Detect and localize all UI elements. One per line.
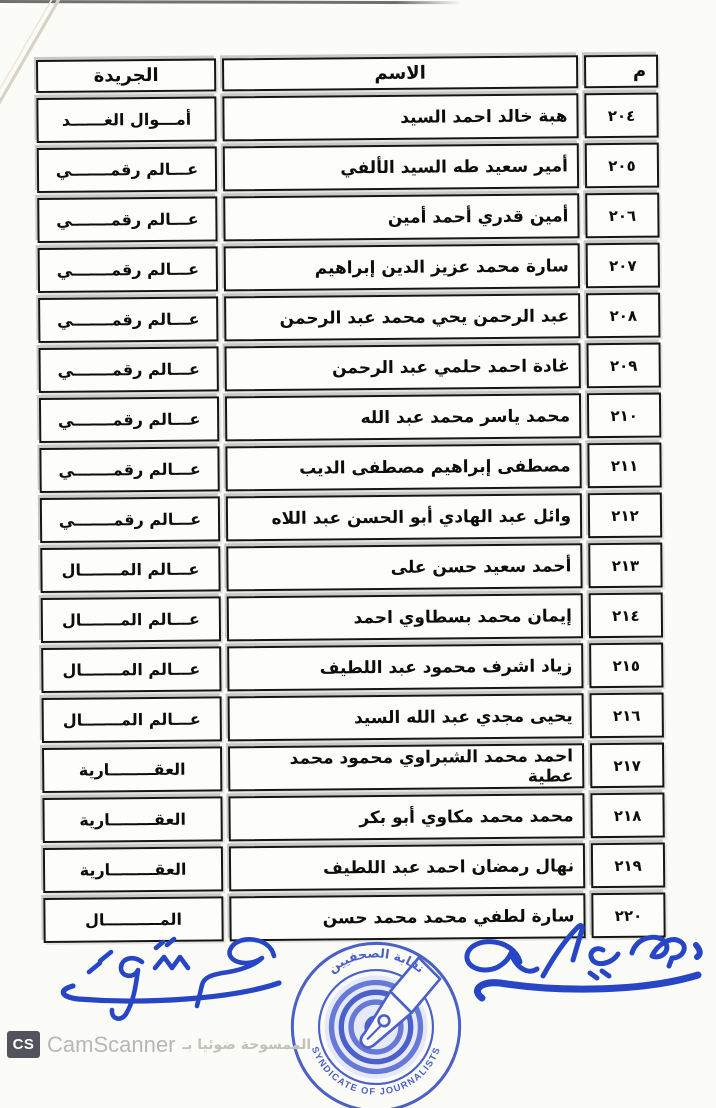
cell-name: غادة احمد حلمي عبد الرحمن	[225, 343, 581, 391]
scan-edge-line	[0, 0, 462, 4]
table-row: ٢٠٩ غادة احمد حلمي عبد الرحمن عـــالم رق…	[39, 343, 661, 393]
cell-name: أمين قدري أحمد أمين	[223, 193, 579, 241]
table-row: ٢١٢ وائل عبد الهادي أبو الحسن عبد اللاه …	[40, 493, 662, 543]
cell-number: ٢١٨	[590, 793, 664, 839]
table-row: ٢٠٦ أمين قدري أحمد أمين عـــالم رقمـــــ…	[37, 193, 659, 243]
cell-number: ٢١٠	[587, 393, 661, 439]
cell-number: ٢١٧	[590, 743, 664, 789]
cell-newspaper: عـــالم رقمـــــــي	[38, 246, 218, 293]
cell-name: محمد محمد مكاوي أبو بكر	[228, 793, 584, 841]
cell-number: ٢١٦	[590, 693, 664, 739]
cell-number: ٢٠٩	[586, 343, 660, 389]
cell-name: إيمان محمد بسطاوي احمد	[227, 593, 583, 641]
cell-newspaper: عـــالم رقمـــــــي	[37, 146, 217, 193]
cell-newspaper: المــــــــــال	[43, 896, 223, 943]
table-row: ٢١٩ نهال رمضان احمد عبد اللطيف العقـــــ…	[43, 843, 665, 893]
cell-number: ٢٠٥	[585, 143, 659, 189]
cell-name: زياد اشرف محمود عبد اللطيف	[227, 643, 583, 691]
cell-name: أمير سعيد طه السيد الألفي	[223, 143, 579, 191]
cell-number: ٢١١	[587, 443, 661, 489]
cell-number: ٢٠٤	[584, 93, 658, 139]
cell-name: هبة خالد احمد السيد	[222, 93, 578, 141]
table-row: ٢١٨ محمد محمد مكاوي أبو بكر العقــــــــ…	[42, 793, 664, 843]
table-row: ٢١٧ احمد محمد الشبراوي محمود محمد عطية ا…	[42, 743, 664, 793]
table-row: ٢١٤ إيمان محمد بسطاوي احمد عـــالم المــ…	[41, 593, 663, 643]
camscanner-arabic-label: الممسوحة ضوئيا بـ	[182, 1037, 311, 1053]
cell-number: ٢١٤	[589, 593, 663, 639]
table-row: ٢٠٥ أمير سعيد طه السيد الألفي عـــالم رق…	[37, 143, 659, 193]
cell-name: وائل عبد الهادي أبو الحسن عبد اللاه	[226, 493, 582, 541]
table-row: ٢٠٧ سارة محمد عزيز الدين إبراهيم عـــالم…	[38, 243, 660, 293]
table-body: ٢٠٤ هبة خالد احمد السيد أمـــوال الغــــ…	[36, 93, 665, 943]
cell-name: مصطفى إبراهيم مصطفى الديب	[225, 443, 581, 491]
table-row: ٢١٣ أحمد سعيد حسن على عـــالم المـــــــ…	[40, 543, 662, 593]
table-row: ٢٠٨ عبد الرحمن يحي محمد عبد الرحمن عـــا…	[38, 293, 660, 343]
cell-number: ٢١٣	[588, 543, 662, 589]
cell-newspaper: عـــالم المـــــــال	[40, 546, 220, 593]
cell-number: ٢٠٦	[585, 193, 659, 239]
table-row: ٢١٠ محمد ياسر محمد عبد الله عـــالم رقمـ…	[39, 393, 661, 443]
cell-name: أحمد سعيد حسن على	[226, 543, 582, 591]
cell-name: سارة محمد عزيز الدين إبراهيم	[224, 243, 580, 291]
cell-newspaper: العقــــــــارية	[43, 846, 223, 893]
cell-newspaper: عـــالم رقمـــــــي	[37, 196, 217, 243]
cell-newspaper: عـــالم رقمـــــــي	[38, 296, 218, 343]
cell-newspaper: عـــالم رقمـــــــي	[39, 346, 219, 393]
cell-name: عبد الرحمن يحي محمد عبد الرحمن	[224, 293, 580, 341]
cell-newspaper: عـــالم المـــــــال	[41, 646, 221, 693]
cell-number: ٢١٩	[591, 843, 665, 889]
table-row: ٢١٥ زياد اشرف محمود عبد اللطيف عـــالم ا…	[41, 643, 663, 693]
cell-number: ٢١٢	[588, 493, 662, 539]
header-cell-name: الاسم	[222, 55, 578, 91]
scanned-document-page: { "table": { "headers": { "number": "م",…	[0, 0, 716, 1108]
cell-newspaper: عـــالم المـــــــال	[42, 696, 222, 743]
cell-newspaper: العقــــــــارية	[42, 746, 222, 793]
table-header-row: م الاسم الجريدة	[36, 55, 658, 93]
cell-newspaper: عـــالم رقمـــــــي	[39, 396, 219, 443]
cell-number: ٢٠٨	[586, 293, 660, 339]
header-cell-newspaper: الجريدة	[36, 58, 216, 93]
cell-newspaper: عـــالم رقمـــــــي	[39, 446, 219, 493]
journalists-table: م الاسم الجريدة ٢٠٤ هبة خالد احمد السيد …	[36, 55, 666, 948]
camscanner-brand: CamScanner	[47, 1032, 175, 1058]
cell-number: ٢١٥	[589, 643, 663, 689]
cell-name: نهال رمضان احمد عبد اللطيف	[229, 843, 585, 891]
syndicate-stamp: نقابة الصحفيين SYNDICATE OF JOURNALISTS	[287, 938, 465, 1108]
cell-number: ٢٢٠	[591, 893, 665, 939]
table-row: ٢٠٤ هبة خالد احمد السيد أمـــوال الغــــ…	[36, 93, 658, 143]
cell-newspaper: عـــالم المـــــــال	[41, 596, 221, 643]
cell-name: احمد محمد الشبراوي محمود محمد عطية	[228, 743, 584, 791]
cell-newspaper: عـــالم رقمـــــــي	[40, 496, 220, 543]
table-row: ٢١٦ يحيى مجدي عبد الله السيد عـــالم الم…	[42, 693, 664, 743]
header-cell-number: م	[584, 55, 658, 89]
table-row: ٢١١ مصطفى إبراهيم مصطفى الديب عـــالم رق…	[39, 443, 661, 493]
cell-newspaper: العقــــــــارية	[42, 796, 222, 843]
cell-name: سارة لطفي محمد محمد حسن	[229, 893, 585, 941]
camscanner-watermark: CS CamScanner الممسوحة ضوئيا بـ	[7, 1031, 311, 1058]
cell-name: يحيى مجدي عبد الله السيد	[228, 693, 584, 741]
cell-newspaper: أمـــوال الغــــــد	[36, 96, 216, 143]
camscanner-logo: CS	[7, 1031, 40, 1058]
cell-number: ٢٠٧	[586, 243, 660, 289]
table-row: ٢٢٠ سارة لطفي محمد محمد حسن المـــــــــ…	[43, 893, 665, 943]
cell-name: محمد ياسر محمد عبد الله	[225, 393, 581, 441]
